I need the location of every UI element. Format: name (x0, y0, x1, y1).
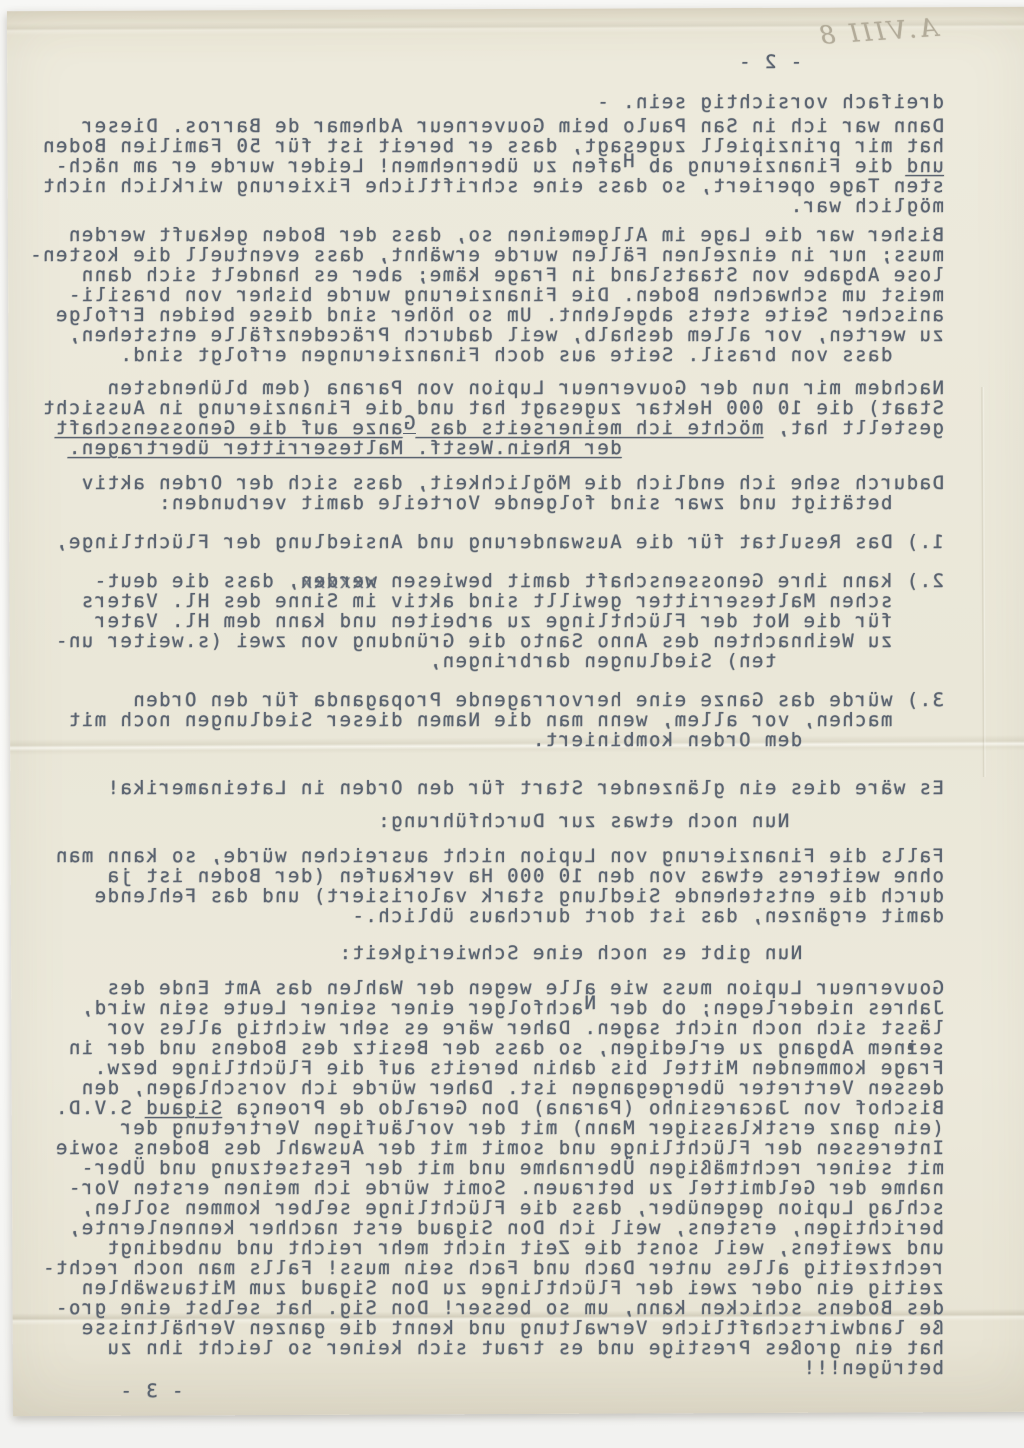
text-line: machen, vor allem, wenn man die Namen di… (8, 710, 944, 730)
list-item-3: 3.) würde das Ganze eine hervorragende P… (8, 690, 944, 750)
text-line: zeitig ein oder zwei der Flüchtlinge zu … (8, 1278, 944, 1298)
text-line: dass von brasil. Seite aus doch Finanzie… (8, 345, 944, 365)
text-line: ße landwirtschaftliche Verwaltung und ke… (8, 1318, 944, 1338)
text-line: hat mir prinzipiell zugesagt, dass er be… (8, 136, 944, 156)
mirrored-text-layer: A.VIII 8 - 2 -dreifach vorsichtig sein. … (0, 52, 1024, 1401)
paragraph-dadurch: Dadurch sehe ich endlich die Möglichkeit… (8, 473, 944, 513)
text-line: des Bodens schicken kann, um so besser! … (8, 1298, 944, 1318)
text-line: hat ein großes Prestige und es traut sic… (8, 1338, 944, 1358)
text-line: mit seiner rechtmäßigen Übernahme und mi… (8, 1158, 944, 1178)
text-line: Bischof von Jacaresinho (Parana) Don Ger… (8, 1098, 944, 1118)
text-line: und die Finanzierung ab Hafen zu überneh… (8, 156, 944, 176)
text-line: für die Not der Flüchtlinge zu arbeiten … (8, 611, 944, 631)
text-line: 1.) Das Resultat für die Auswanderung un… (8, 532, 944, 552)
handwritten-annotation: A.VIII 8 (816, 18, 939, 46)
text-line: und zweitens, weil sonst die Zeit nicht … (8, 1238, 944, 1258)
paragraph-san-paulo: Dann war ich in San Paulo beim Gouverneu… (8, 116, 944, 216)
text-line: betrügen!!! (8, 1358, 944, 1378)
list-item-2: 2.) kann ihre Genossenschaft damit bewie… (8, 571, 944, 671)
section-intro-durchfuehrung: Nun noch etwas zur Durchführung: (8, 811, 944, 831)
text-line: muss; nur in einzelnen Fällen wurde erwä… (8, 245, 944, 265)
paragraph-bisher: Bisher war die Lage im Allgemeinen so, d… (8, 225, 944, 365)
scan-background: A.VIII 8 - 2 -dreifach vorsichtig sein. … (0, 0, 1024, 1448)
text-line: - 3 - (8, 1381, 944, 1401)
text-line: Dann war ich in San Paulo beim Gouverneu… (8, 116, 944, 136)
text-line: Frage kommenden Mittel bis dahin bereits… (8, 1058, 944, 1078)
text-line: zu werten, vor allem deshalb, weil dadur… (8, 325, 944, 345)
text-line: der Rhein.Westf. Malteserritter übertrag… (8, 438, 944, 458)
text-line: anischer Seite stets abgelehnt. Um so hö… (8, 305, 944, 325)
text-line: schen Malteserritter gewillt sind aktiv … (8, 591, 944, 611)
text-line: nahme der Geldmittel zu betrauen. Somit … (8, 1178, 944, 1198)
text-line: Nun noch etwas zur Durchführung: (8, 811, 944, 831)
paragraph-es-waere: Es wäre dies ein glänzender Start für de… (8, 778, 944, 798)
text-line: schlag Lupion gegenüber, dass die Flücht… (8, 1198, 944, 1218)
text-line: Nachdem mir nun der Gouverneur Lupion vo… (8, 378, 944, 398)
text-line: dreifach vorsichtig sein. - (8, 92, 944, 112)
text-line: Falls die Finanzierung von Lupion nicht … (8, 846, 944, 866)
paragraph-falls: Falls die Finanzierung von Lupion nicht … (8, 846, 944, 926)
text-line: ten) Siedlungen darbringen, (8, 651, 944, 671)
page-number-top: - 2 - (8, 52, 944, 72)
text-line: 3.) würde das Ganze eine hervorragende P… (8, 690, 944, 710)
text-line: Dadurch sehe ich endlich die Möglichkeit… (8, 473, 944, 493)
text-line: betätigt und zwar sind folgende Vorteile… (8, 493, 944, 513)
text-line: - 2 - (8, 52, 944, 72)
text-line: dessen Vertreter übergegangen ist. Daher… (8, 1078, 944, 1098)
text-line: meist um schwachen Boden. Die Finanzieru… (8, 285, 944, 305)
section-intro-schwierigkeit: Nun gibt es noch eine Schwierigkeit: (8, 943, 944, 963)
paragraph-gouverneur: Gouverneur Lupion muss wie alle wegen de… (8, 978, 944, 1378)
text-line: berichtigen, erstens, weil ich Don Sigau… (8, 1218, 944, 1238)
text-line: möglich war. (8, 196, 944, 216)
list-item-1: 1.) Das Resultat für die Auswanderung un… (8, 532, 944, 552)
text-line: Gouverneur Lupion muss wie alle wegen de… (8, 978, 944, 998)
text-line: lose Abgabe von Staatsland in Frage käme… (8, 265, 944, 285)
text-line: Staat) die 10 000 Hektar zugesagt hat un… (8, 398, 944, 418)
paragraph-nachdem: Nachdem mir nun der Gouverneur Lupion vo… (8, 378, 944, 458)
text-line: Interessen der Flüchtlinge und somit mit… (8, 1138, 944, 1158)
text-flow: A.VIII 8 - 2 -dreifach vorsichtig sein. … (0, 52, 1024, 1401)
text-line: (ein ganz erstklassiger Mann) mit der vo… (8, 1118, 944, 1138)
continuation-line: dreifach vorsichtig sein. - (8, 92, 944, 112)
text-line: gestellt hat, möchte ich meinerseits das… (8, 418, 944, 438)
text-line: Bisher war die Lage im Allgemeinen so, d… (8, 225, 944, 245)
text-line: Nun gibt es noch eine Schwierigkeit: (8, 943, 944, 963)
text-line: dem Orden kombiniert. (8, 730, 944, 750)
text-line: Es wäre dies ein glänzender Start für de… (8, 778, 944, 798)
text-line: damit ergänzen, das ist dort durchaus üb… (8, 906, 944, 926)
page-number-bottom: - 3 - (8, 1381, 944, 1401)
text-line: zu Weihnachten des Anno Santo die Gründu… (8, 631, 944, 651)
text-line: 2.) kann ihre Genossenschaft damit bewie… (8, 571, 944, 591)
text-line: seinem Abgang zu erledigen, so dass der … (8, 1038, 944, 1058)
text-line: Jahres niederlegen; ob der Nachfolger ei… (8, 998, 944, 1018)
text-line: sten Tage operiert, so dass eine schrift… (8, 176, 944, 196)
text-line: ohne weiteres etwas von den 10 000 Ha ve… (8, 866, 944, 886)
text-line: durch die entstehende Siedlung stark val… (8, 886, 944, 906)
text-line: lässt sich noch nicht sagen. Daher wäre … (8, 1018, 944, 1038)
text-line: rechtzeitig alles unter Dach und Fach se… (8, 1258, 944, 1278)
